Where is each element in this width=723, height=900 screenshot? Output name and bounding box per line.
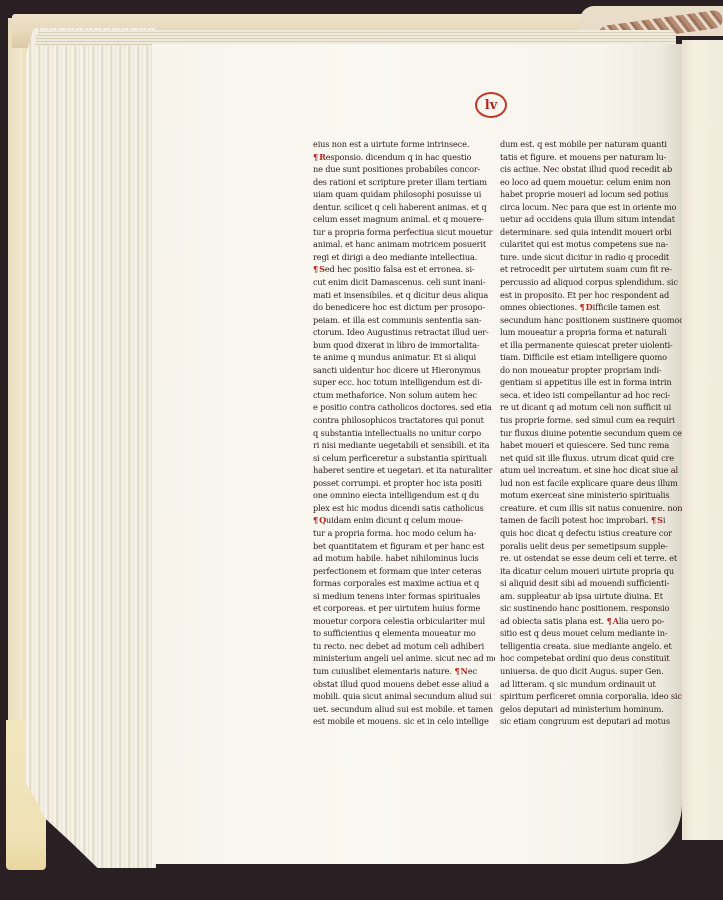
text-line: des rationi et scripture preter illam te… bbox=[313, 176, 495, 189]
text-column-right: dum est. q est mobile per naturam quanti… bbox=[500, 138, 682, 728]
text-line: determinare. sed quia intendit moueri or… bbox=[500, 226, 682, 239]
text-line: plex est hic modus dicendi satis catholi… bbox=[313, 502, 495, 515]
line-text: si medium tenens inter formas spirituale… bbox=[313, 591, 480, 601]
text-line: poralis uelit deus per semetipsum supple… bbox=[500, 540, 682, 553]
text-line: ctum methaforice. Non solum autem hec bbox=[313, 389, 495, 402]
line-text: poralis uelit deus per semetipsum supple… bbox=[500, 541, 668, 551]
line-text: et illa permanente quiescat preter uiole… bbox=[500, 340, 673, 350]
line-text: obstat illud quod mouens debet esse aliu… bbox=[313, 679, 489, 689]
text-line: ctorum. Ideo Augustinus retractat illud … bbox=[313, 326, 495, 339]
text-line: si celum perficeretur a substantia spiri… bbox=[313, 452, 495, 465]
line-text: determinare. sed quia intendit moueri or… bbox=[500, 227, 672, 237]
line-text: ne due sunt positiones probabiles concor… bbox=[313, 164, 480, 174]
line-text: quis hoc dicat q defectu istius creature… bbox=[500, 528, 672, 538]
text-line: tur fluxus diuine potentie secundum quem… bbox=[500, 427, 682, 440]
line-text: bum quod dixerat in libro de immortalita… bbox=[313, 340, 479, 350]
text-line: omnes obiectiones. ¶Difficile tamen est bbox=[500, 301, 682, 314]
rubricated-initial: D bbox=[586, 302, 593, 312]
text-line: tu recto. nec debet ad motum celi adhibe… bbox=[313, 640, 495, 653]
text-line: te anime q mundus animatur. Et si aliqui bbox=[313, 351, 495, 364]
book-photograph: faded marginal inscription lv eius non e… bbox=[0, 0, 723, 900]
line-text: percussio ad aliquod corpus splendidum. … bbox=[500, 277, 678, 287]
text-line: dum est. q est mobile per naturam quanti bbox=[500, 138, 682, 151]
text-line: cularitet qui est motus competens sue na… bbox=[500, 238, 682, 251]
text-line: celum esset magnum animal. et q mouere- bbox=[313, 213, 495, 226]
text-line: uiam quam quidam philosophi posuisse ui bbox=[313, 188, 495, 201]
text-line: telligentia creata. siue mediante angelo… bbox=[500, 640, 682, 653]
text-line: lum moueatur a propria forma et naturali bbox=[500, 326, 682, 339]
line-text: ad motum habile. habet nihilominus lucis bbox=[313, 553, 479, 563]
text-line: circa locum. Nec para que est in oriente… bbox=[500, 201, 682, 214]
text-line: ad motum habile. habet nihilominus lucis bbox=[313, 552, 495, 565]
text-line: si aliquid desit sibi ad mouendi suffici… bbox=[500, 577, 682, 590]
line-text: uniuersa. de quo dicit Augus. super Gen. bbox=[500, 666, 664, 676]
text-line: one omnino eiecta intelligendum est q du bbox=[313, 489, 495, 502]
text-line: ministerium angeli uel anime. sicut nec … bbox=[313, 652, 495, 665]
line-text: ctum methaforice. Non solum autem hec bbox=[313, 390, 477, 400]
line-text: animal. et hanc animam motricem posuerit bbox=[313, 239, 486, 249]
line-text: celum esset magnum animal. et q mouere- bbox=[313, 214, 484, 224]
folio-number-red-circled: lv bbox=[475, 92, 507, 118]
text-line: et corporeas. et per uirtutem huius form… bbox=[313, 602, 495, 615]
line-text: secundum hanc positionem sustinere quomo… bbox=[500, 315, 682, 325]
text-line: mobili. quia sicut animal secundum aliud… bbox=[313, 690, 495, 703]
text-line: tiam. Difficile est etiam intelligere qu… bbox=[500, 351, 682, 364]
line-text: esponsio. dicendum q in hac questio bbox=[326, 152, 472, 162]
rubric-paragraph-mark-icon: ¶ bbox=[313, 264, 318, 274]
text-line: contra philosophicos tractatores qui pon… bbox=[313, 414, 495, 427]
page-edges-stack bbox=[26, 28, 156, 868]
text-line: et illa permanente quiescat preter uiole… bbox=[500, 339, 682, 352]
line-text: mati et insensibiles. et q dicitur deus … bbox=[313, 290, 488, 300]
line-text: bet quantitatem et figuram et per hanc e… bbox=[313, 541, 484, 551]
line-text: spiritum perficeret omnia corporalia. id… bbox=[500, 691, 682, 701]
text-line: sancti uidentur hoc dicere ut Hieronymus bbox=[313, 364, 495, 377]
line-text: q substantia intellectualis no unitur co… bbox=[313, 428, 481, 438]
line-text: ri nisi mediante uegetabili et sensibili… bbox=[313, 440, 489, 450]
text-line: mouetur corpora celestia orbiculariter m… bbox=[313, 615, 495, 628]
text-line: cut enim dicit Damascenus. celi sunt ina… bbox=[313, 276, 495, 289]
text-line: re ut dicant q ad motum celi non suffici… bbox=[500, 401, 682, 414]
line-text: ad obiecta satis plana est. bbox=[500, 616, 604, 626]
text-line: formas corporales est maxime actiua et q bbox=[313, 577, 495, 590]
line-text: tur a propria forma. hoc modo celum ha- bbox=[313, 528, 476, 538]
line-text: tus proprie forme. sed simul cum ea requ… bbox=[500, 415, 675, 425]
text-line: et retrocedit per uirtutem suam cum fit … bbox=[500, 263, 682, 276]
text-line: habet proprie moueri ad locum sed potius bbox=[500, 188, 682, 201]
text-line: posset corrumpi. et propter hoc ista pos… bbox=[313, 477, 495, 490]
page-speck-mark: ⁝ bbox=[440, 705, 443, 715]
line-text: telligentia creata. siue mediante angelo… bbox=[500, 641, 672, 651]
rubric-paragraph-mark-icon: ¶ bbox=[577, 302, 585, 312]
line-text: tamen de facili potest hoc improbari. bbox=[500, 515, 648, 525]
line-text: gelos deputari ad ministerium hominum. bbox=[500, 704, 664, 714]
text-line: to sufficientius q elementa moueatur mo bbox=[313, 627, 495, 640]
line-text: tatis et figure. et mouens per naturam l… bbox=[500, 152, 666, 162]
line-text: one omnino eiecta intelligendum est q du bbox=[313, 490, 479, 500]
line-text: est in proposito. Et per hoc respondent … bbox=[500, 290, 669, 300]
line-text: tiam. Difficile est etiam intelligere qu… bbox=[500, 352, 667, 362]
text-line: tur a propria forma perfectiua sicut mou… bbox=[313, 226, 495, 239]
text-line: e positio contra catholicos doctores. se… bbox=[313, 401, 495, 414]
line-text: circa locum. Nec para que est in oriente… bbox=[500, 202, 676, 212]
rubric-paragraph-mark-icon: ¶ bbox=[313, 515, 318, 525]
text-line: creature. et cum illis sit natus conueni… bbox=[500, 502, 682, 515]
rubric-paragraph-mark-icon: ¶ bbox=[313, 152, 318, 162]
text-line: sic etiam congruum est deputari ad motus bbox=[500, 715, 682, 728]
line-text: do benedicere hoc est dictum per prosopo… bbox=[313, 302, 485, 312]
text-line: ad obiecta satis plana est. ¶Alia uero p… bbox=[500, 615, 682, 628]
line-text: dum est. q est mobile per naturam quanti bbox=[500, 139, 667, 149]
text-line: gentiam si appetitus ille est in forma i… bbox=[500, 376, 682, 389]
text-line: quis hoc dicat q defectu istius creature… bbox=[500, 527, 682, 540]
line-text: i bbox=[663, 515, 665, 525]
line-text: te anime q mundus animatur. Et si aliqui bbox=[313, 352, 476, 362]
text-line: ne due sunt positiones probabiles concor… bbox=[313, 163, 495, 176]
text-line: si medium tenens inter formas spirituale… bbox=[313, 590, 495, 603]
line-text: ita dicatur celum moueri uirtute propria… bbox=[500, 566, 674, 576]
line-text: perfectionem et formam que inter ceteras bbox=[313, 566, 481, 576]
line-text: peiam. et illa est communis sententia sa… bbox=[313, 315, 482, 325]
line-text: tum cuiuslibet elementaris nature. bbox=[313, 666, 452, 676]
text-line: re. ut ostendat se esse deum celi et ter… bbox=[500, 552, 682, 565]
line-text: sitio est q deus mouet celum mediante in… bbox=[500, 628, 667, 638]
line-text: regi et dirigi a deo mediante intellecti… bbox=[313, 252, 477, 262]
facing-page-edge bbox=[682, 40, 723, 840]
line-text: omnes obiectiones. bbox=[500, 302, 577, 312]
line-text: cularitet qui est motus competens sue na… bbox=[500, 239, 668, 249]
text-line: obstat illud quod mouens debet esse aliu… bbox=[313, 678, 495, 691]
line-text: habet moueri et quiescere. Sed tunc rema bbox=[500, 440, 669, 450]
text-line: est in proposito. Et per hoc respondent … bbox=[500, 289, 682, 302]
line-text: lud non est facile explicare quare deus … bbox=[500, 478, 678, 488]
text-line: bum quod dixerat in libro de immortalita… bbox=[313, 339, 495, 352]
text-line: tum cuiuslibet elementaris nature. ¶Nec bbox=[313, 665, 495, 678]
line-text: ctorum. Ideo Augustinus retractat illud … bbox=[313, 327, 489, 337]
rubricated-initial: Q bbox=[319, 515, 326, 525]
line-text: tur a propria forma perfectiua sicut mou… bbox=[313, 227, 492, 237]
text-line: mati et insensibiles. et q dicitur deus … bbox=[313, 289, 495, 302]
text-line: uniuersa. de quo dicit Augus. super Gen. bbox=[500, 665, 682, 678]
line-text: to sufficientius q elementa moueatur mo bbox=[313, 628, 476, 638]
line-text: et retrocedit per uirtutem suam cum fit … bbox=[500, 264, 672, 274]
line-text: tur fluxus diuine potentie secundum quem… bbox=[500, 428, 682, 438]
line-text: ture. unde sicut dicitur in radio q proc… bbox=[500, 252, 669, 262]
line-text: ed hec positio falsa est et erronea. si- bbox=[325, 264, 475, 274]
text-line: net quid sit ille fluxus. utrum dicat qu… bbox=[500, 452, 682, 465]
line-text: est mobile et mouens. sic et in celo int… bbox=[313, 716, 489, 726]
line-text: uetur ad occidens quia illum situm inten… bbox=[500, 214, 675, 224]
text-line: seca. et ideo isti compellantur ad hoc r… bbox=[500, 389, 682, 402]
line-text: eius non est a uirtute forme intrinsece. bbox=[313, 139, 469, 149]
text-line: am. suppleatur ab ipsa uirtute diuina. E… bbox=[500, 590, 682, 603]
text-line: uet. secundum aliud sui est mobile. et t… bbox=[313, 703, 495, 716]
line-text: ad litteram. q sic mundum ordinauit ut bbox=[500, 679, 656, 689]
text-line: do benedicere hoc est dictum per prosopo… bbox=[313, 301, 495, 314]
rubricated-initial: R bbox=[319, 152, 326, 162]
line-text: cis actiue. Nec obstat illud quod recedi… bbox=[500, 164, 672, 174]
line-text: ministerium angeli uel anime. sicut nec … bbox=[313, 653, 495, 663]
line-text: lum moueatur a propria forma et naturali bbox=[500, 327, 666, 337]
line-text: plex est hic modus dicendi satis catholi… bbox=[313, 503, 484, 513]
text-line: sic sustinendo hanc positionem. responsi… bbox=[500, 602, 682, 615]
line-text: si celum perficeretur a substantia spiri… bbox=[313, 453, 487, 463]
line-text: et corporeas. et per uirtutem huius form… bbox=[313, 603, 480, 613]
line-text: seca. et ideo isti compellantur ad hoc r… bbox=[500, 390, 670, 400]
line-text: uet. secundum aliud sui est mobile. et t… bbox=[313, 704, 495, 714]
line-text: am. suppleatur ab ipsa uirtute diuina. E… bbox=[500, 591, 663, 601]
line-text: e positio contra catholicos doctores. se… bbox=[313, 402, 492, 412]
text-line: atum uel increatum. et sine hoc dicat si… bbox=[500, 464, 682, 477]
line-text: contra philosophicos tractatores qui pon… bbox=[313, 415, 484, 425]
line-text: re. ut ostendat se esse deum celi et ter… bbox=[500, 553, 677, 563]
text-line: q substantia intellectualis no unitur co… bbox=[313, 427, 495, 440]
line-text: tu recto. nec debet ad motum celi adhibe… bbox=[313, 641, 484, 651]
text-line: super ecc. hoc totum intelligendum est d… bbox=[313, 376, 495, 389]
line-text: uidam enim dicunt q celum moue- bbox=[326, 515, 463, 525]
line-text: cut enim dicit Damascenus. celi sunt ina… bbox=[313, 277, 485, 287]
rubric-paragraph-mark-icon: ¶ bbox=[604, 616, 612, 626]
line-text: gentiam si appetitus ille est in forma i… bbox=[500, 377, 672, 387]
line-text: mobili. quia sicut animal secundum aliud… bbox=[313, 691, 495, 701]
line-text: dentur. scilicet q celi haberent animas.… bbox=[313, 202, 486, 212]
line-text: ec bbox=[468, 666, 477, 676]
text-line: eo loco ad quem mouetur. celum enim non bbox=[500, 176, 682, 189]
text-line: lud non est facile explicare quare deus … bbox=[500, 477, 682, 490]
line-text: ifficile tamen est bbox=[593, 302, 660, 312]
text-line: tur a propria forma. hoc modo celum ha- bbox=[313, 527, 495, 540]
text-line: animal. et hanc animam motricem posuerit bbox=[313, 238, 495, 251]
text-line: tatis et figure. et mouens per naturam l… bbox=[500, 151, 682, 164]
line-text: atum uel increatum. et sine hoc dicat si… bbox=[500, 465, 678, 475]
text-line: bet quantitatem et figuram et per hanc e… bbox=[313, 540, 495, 553]
text-line: percussio ad aliquod corpus splendidum. … bbox=[500, 276, 682, 289]
text-line: hoc competebat ordini quo deus constitui… bbox=[500, 652, 682, 665]
text-line: motum exerceat sine ministerio spiritual… bbox=[500, 489, 682, 502]
line-text: si aliquid desit sibi ad mouendi suffici… bbox=[500, 578, 669, 588]
text-line: dentur. scilicet q celi haberent animas.… bbox=[313, 201, 495, 214]
text-line: haberet sentire et uegetari. et ita natu… bbox=[313, 464, 495, 477]
rubricated-initial: N bbox=[461, 666, 468, 676]
text-line: do non moueatur propter propriam indi- bbox=[500, 364, 682, 377]
line-text: sancti uidentur hoc dicere ut Hieronymus bbox=[313, 365, 481, 375]
text-line: habet moueri et quiescere. Sed tunc rema bbox=[500, 439, 682, 452]
line-text: posset corrumpi. et propter hoc ista pos… bbox=[313, 478, 482, 488]
text-line: cis actiue. Nec obstat illud quod recedi… bbox=[500, 163, 682, 176]
text-line: uetur ad occidens quia illum situm inten… bbox=[500, 213, 682, 226]
text-line: ri nisi mediante uegetabili et sensibili… bbox=[313, 439, 495, 452]
line-text: haberet sentire et uegetari. et ita natu… bbox=[313, 465, 492, 475]
text-line: sitio est q deus mouet celum mediante in… bbox=[500, 627, 682, 640]
line-text: do non moueatur propter propriam indi- bbox=[500, 365, 662, 375]
line-text: re ut dicant q ad motum celi non suffici… bbox=[500, 402, 671, 412]
text-line: ¶Quidam enim dicunt q celum moue- bbox=[313, 514, 495, 527]
line-text: formas corporales est maxime actiua et q bbox=[313, 578, 479, 588]
text-line: est mobile et mouens. sic et in celo int… bbox=[313, 715, 495, 728]
rubric-paragraph-mark-icon: ¶ bbox=[648, 515, 656, 525]
text-line: ¶Responsio. dicendum q in hac questio bbox=[313, 151, 495, 164]
line-text: sic sustinendo hanc positionem. responsi… bbox=[500, 603, 669, 613]
line-text: des rationi et scripture preter illam te… bbox=[313, 177, 487, 187]
line-text: lia uero po- bbox=[619, 616, 664, 626]
text-line: secundum hanc positionem sustinere quomo… bbox=[500, 314, 682, 327]
text-line: ita dicatur celum moueri uirtute propria… bbox=[500, 565, 682, 578]
line-text: creature. et cum illis sit natus conueni… bbox=[500, 503, 682, 513]
line-text: habet proprie moueri ad locum sed potius bbox=[500, 189, 668, 199]
line-text: net quid sit ille fluxus. utrum dicat qu… bbox=[500, 453, 674, 463]
text-line: ¶Sed hec positio falsa est et erronea. s… bbox=[313, 263, 495, 276]
text-line: ad litteram. q sic mundum ordinauit ut bbox=[500, 678, 682, 691]
text-line: spiritum perficeret omnia corporalia. id… bbox=[500, 690, 682, 703]
text-line: gelos deputari ad ministerium hominum. bbox=[500, 703, 682, 716]
line-text: hoc competebat ordini quo deus constitui… bbox=[500, 653, 670, 663]
line-text: sic etiam congruum est deputari ad motus bbox=[500, 716, 670, 726]
rubric-paragraph-mark-icon: ¶ bbox=[452, 666, 460, 676]
text-line: ture. unde sicut dicitur in radio q proc… bbox=[500, 251, 682, 264]
line-text: uiam quam quidam philosophi posuisse ui bbox=[313, 189, 481, 199]
line-text: eo loco ad quem mouetur. celum enim non bbox=[500, 177, 671, 187]
line-text: motum exerceat sine ministerio spiritual… bbox=[500, 490, 669, 500]
line-text: super ecc. hoc totum intelligendum est d… bbox=[313, 377, 482, 387]
text-line: perfectionem et formam que inter ceteras bbox=[313, 565, 495, 578]
text-line: eius non est a uirtute forme intrinsece. bbox=[313, 138, 495, 151]
text-line: peiam. et illa est communis sententia sa… bbox=[313, 314, 495, 327]
text-line: tus proprie forme. sed simul cum ea requ… bbox=[500, 414, 682, 427]
text-line: regi et dirigi a deo mediante intellecti… bbox=[313, 251, 495, 264]
line-text: mouetur corpora celestia orbiculariter m… bbox=[313, 616, 485, 626]
text-column-left: eius non est a uirtute forme intrinsece.… bbox=[313, 138, 495, 728]
text-line: tamen de facili potest hoc improbari. ¶S… bbox=[500, 514, 682, 527]
